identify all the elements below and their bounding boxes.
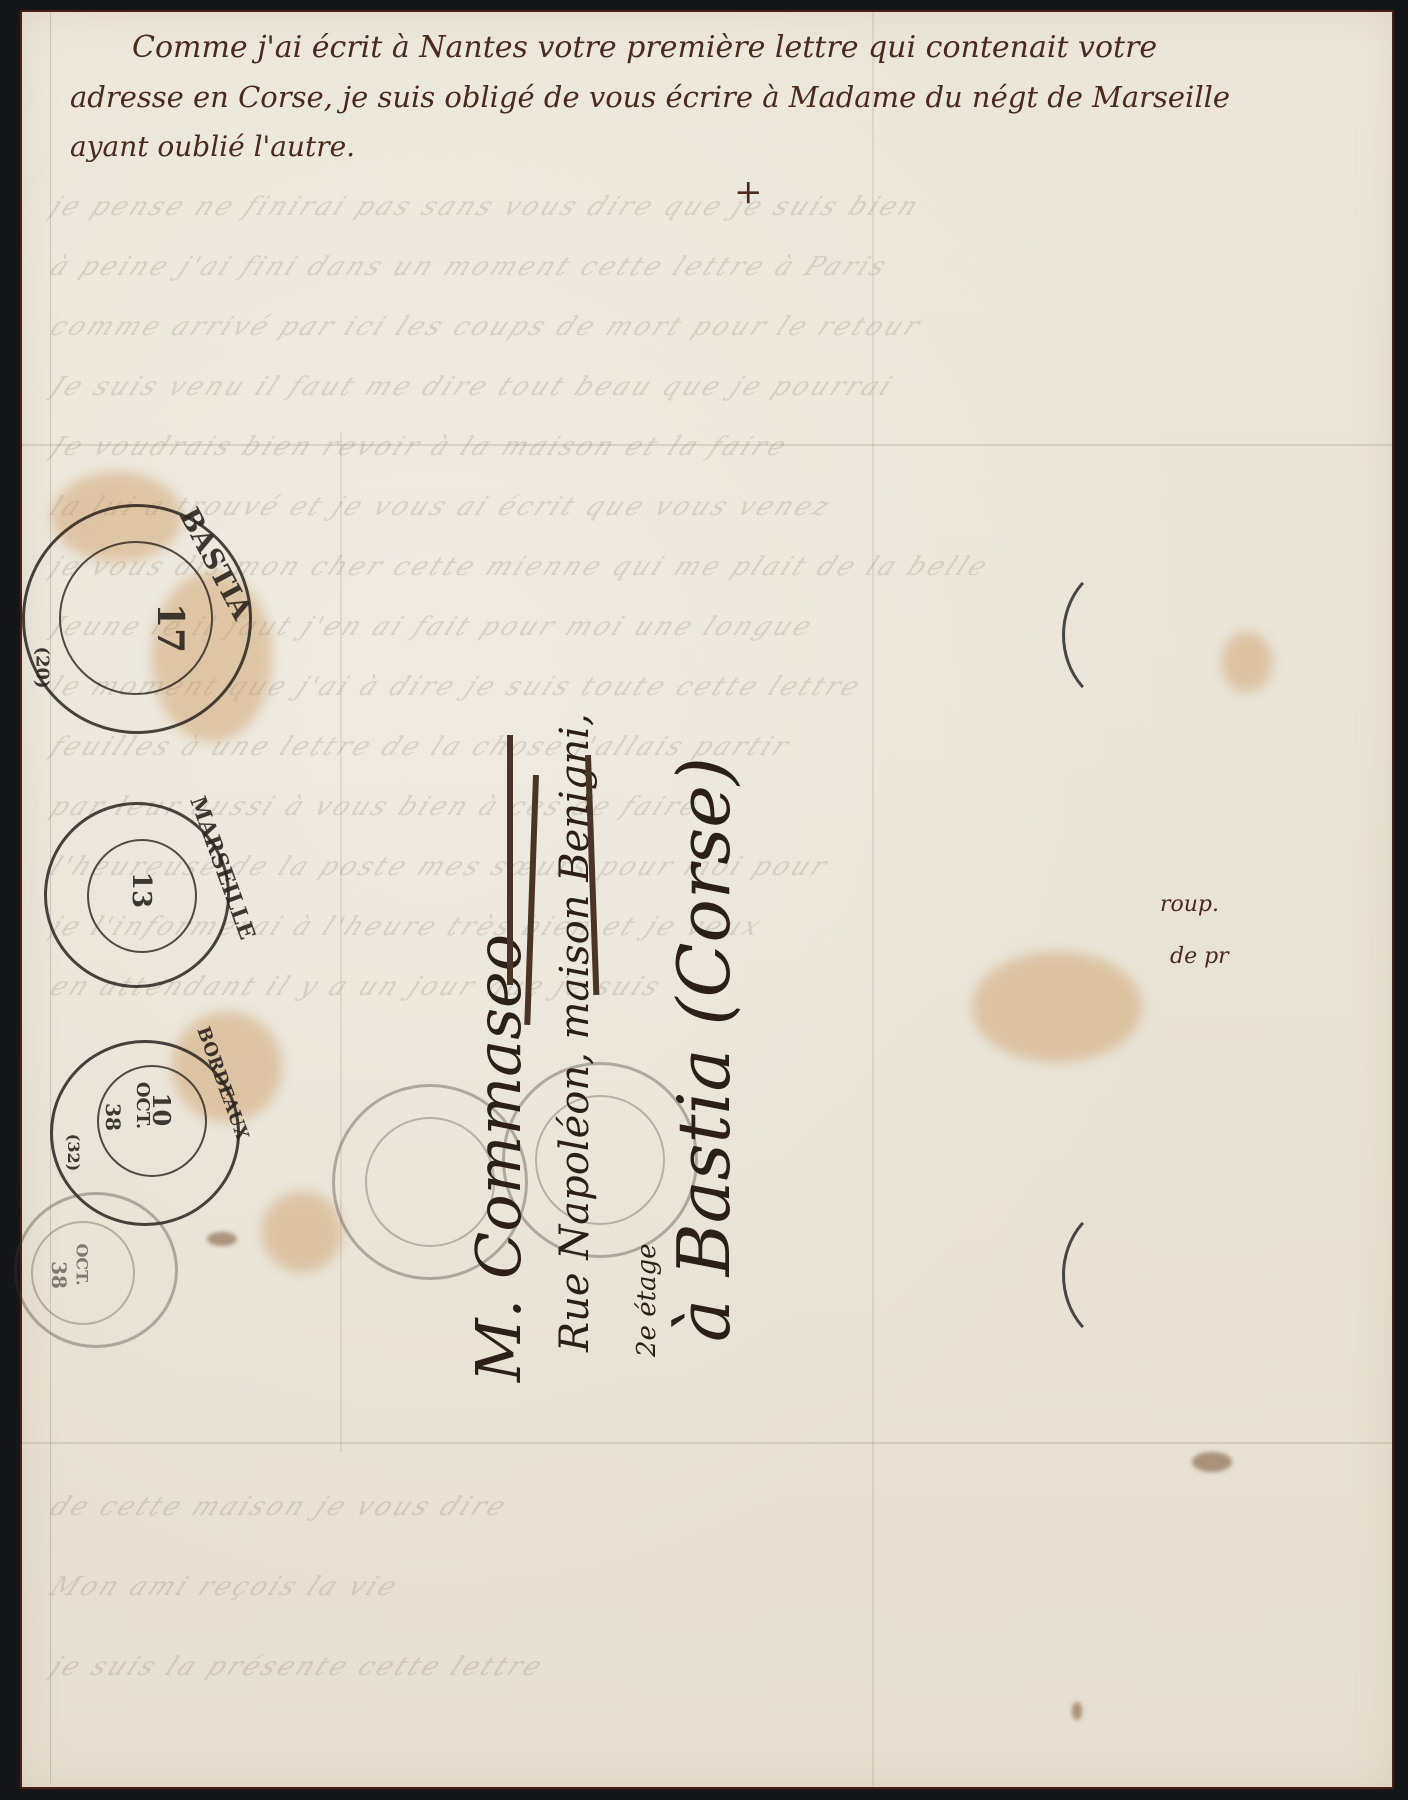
bleed-line: je suis la présente cette lettre [45, 1652, 1369, 1682]
top-note-line-3: ayant oublié l'autre. [70, 130, 355, 163]
right-note-line-2: de pr [1170, 944, 1229, 969]
postmark-bastia: BASTIA 17 (20) [22, 504, 252, 734]
postmark-day: 17 [149, 603, 191, 653]
partial-arc-postmark [1062, 562, 1188, 708]
ink-blot [1192, 1452, 1232, 1472]
postmark-month: OCT. [132, 1082, 153, 1129]
postmark-month: OCT. [73, 1243, 92, 1285]
bleed-line: la lui a trouvé et je vous ai écrit que … [45, 492, 1369, 522]
top-note-line-1: Comme j'ai écrit à Nantes votre première… [132, 30, 1157, 65]
cross-mark: + [734, 172, 763, 212]
ink-blot [1072, 1702, 1082, 1720]
stain [972, 952, 1142, 1062]
letter-sheet: je pense ne finirai pas sans vous dire q… [20, 10, 1394, 1789]
right-note-line-1: roup. [1160, 892, 1219, 917]
address-recipient: M. Commaseo [462, 934, 535, 1382]
postmark-day: 13 [126, 872, 156, 908]
postmark-marseille: MARSEILLE 13 [44, 802, 230, 988]
stain [262, 1192, 342, 1272]
address-city: à Bastia (Corse) [662, 757, 746, 1342]
ink-blot [207, 1232, 237, 1246]
bleed-line: comme arrivé par ici les coups de mort p… [45, 312, 1369, 342]
bleed-line: à peine j'ai fini dans un moment cette l… [45, 252, 1369, 282]
postmark-year: 38 [101, 1103, 125, 1131]
postmark-year: 38 [47, 1261, 71, 1289]
strike-mark [507, 735, 513, 985]
bleed-line: Je suis venu il faut me dire tout beau q… [45, 372, 1369, 402]
bleed-line: Je voudrais bien revoir à la maison et l… [45, 432, 1369, 462]
bleed-line: Mon ami reçois la vie [45, 1572, 1369, 1602]
fold-line-horizontal-bottom [22, 1442, 1392, 1444]
bleed-line: de cette maison je vous dire [45, 1492, 1369, 1522]
postmark-partial: OCT. 38 [14, 1192, 178, 1348]
address-floor: 2e étage [632, 1243, 662, 1357]
fold-line-vertical-left [340, 432, 342, 1452]
partial-arc-postmark-lower [1062, 1202, 1188, 1348]
stain [1222, 632, 1272, 692]
postmark-dept: (32) [64, 1134, 83, 1171]
top-note-line-2: adresse en Corse, je suis obligé de vous… [70, 80, 1230, 114]
bleed-line: je pense ne finirai pas sans vous dire q… [45, 192, 1369, 222]
postmark-dept: (20) [32, 646, 53, 688]
